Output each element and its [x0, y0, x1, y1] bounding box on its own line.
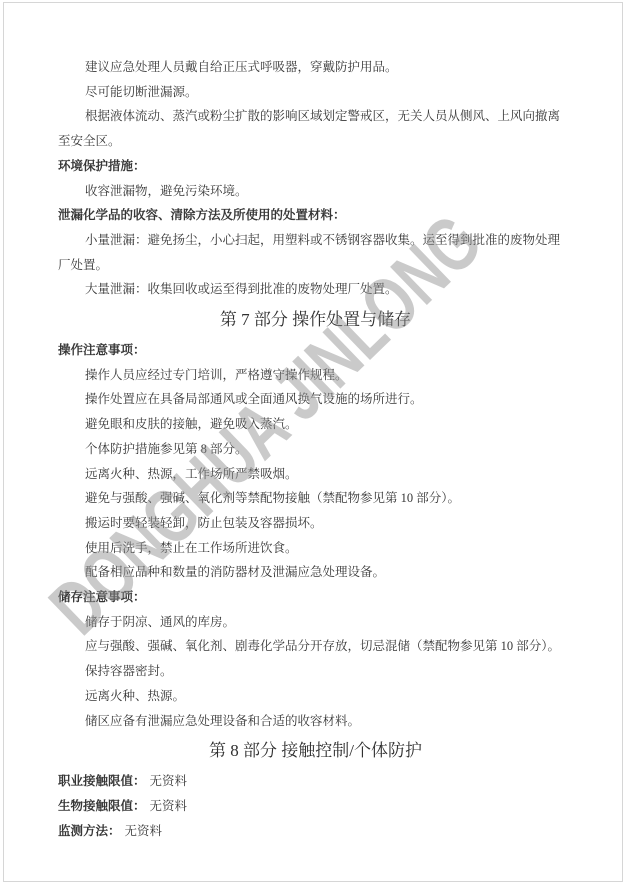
doc-line: 操作人员应经过专门培训，严格遵守操作规程。 [58, 363, 573, 388]
doc-line: 泄漏化学品的收容、清除方法及所使用的处置材料： [58, 203, 573, 228]
doc-line: 环境保护措施： [58, 154, 573, 179]
field-label: 职业接触限值： [58, 774, 146, 788]
doc-line: 操作处置应在具备局部通风或全面通风换气设施的场所进行。 [58, 387, 573, 412]
doc-line: 搬运时要轻装轻卸，防止包装及容器损坏。 [58, 511, 573, 536]
doc-line: 避免与强酸、强碱、氧化剂等禁配物接触（禁配物参见第 10 部分）。 [58, 486, 573, 511]
doc-line: 使用后洗手，禁止在工作场所进饮食。 [58, 536, 573, 561]
doc-line: 小量泄漏：避免扬尘，小心扫起，用塑料或不锈钢容器收集。运至得到批准的废物处理 [58, 228, 573, 253]
section-header: 第 7 部分 操作处置与储存 [58, 305, 573, 335]
doc-line: 远离火种、热源。 [58, 684, 573, 709]
doc-line: 储存注意事项： [58, 585, 573, 610]
doc-line: 个体防护措施参见第 8 部分。 [58, 437, 573, 462]
field-row: 生物接触限值：无资料 [58, 794, 573, 819]
doc-line: 应与强酸、强碱、氧化剂、剧毒化学品分开存放，切忌混储（禁配物参见第 10 部分）… [58, 634, 573, 659]
doc-line: 收容泄漏物，避免污染环境。 [58, 179, 573, 204]
doc-line: 操作注意事项： [58, 338, 573, 363]
field-value: 无资料 [125, 824, 163, 838]
document-page: 建议应急处理人员戴自给正压式呼吸器，穿戴防护用品。尽可能切断泄漏源。根据液体流动… [3, 2, 623, 882]
field-label: 监测方法： [58, 824, 121, 838]
doc-line: 根据液体流动、蒸汽或粉尘扩散的影响区域划定警戒区，无关人员从侧风、上风向撤离 [58, 104, 573, 129]
doc-line: 尽可能切断泄漏源。 [58, 80, 573, 105]
doc-line: 厂处置。 [58, 253, 573, 278]
field-label: 生物接触限值： [58, 799, 146, 813]
field-value: 无资料 [150, 774, 188, 788]
field-value: 无资料 [150, 799, 188, 813]
doc-line: 避免眼和皮肤的接触，避免吸入蒸汽。 [58, 412, 573, 437]
doc-line: 储存于阴凉、通风的库房。 [58, 610, 573, 635]
doc-line: 保持容器密封。 [58, 659, 573, 684]
doc-line: 建议应急处理人员戴自给正压式呼吸器，穿戴防护用品。 [58, 55, 573, 80]
doc-line: 配备相应品种和数量的消防器材及泄漏应急处理设备。 [58, 560, 573, 585]
document-body: 建议应急处理人员戴自给正压式呼吸器，穿戴防护用品。尽可能切断泄漏源。根据液体流动… [58, 55, 573, 843]
doc-line: 储区应备有泄漏应急处理设备和合适的收容材料。 [58, 709, 573, 734]
doc-line: 至安全区。 [58, 129, 573, 154]
field-row: 职业接触限值：无资料 [58, 769, 573, 794]
section-header: 第 8 部分 接触控制/个体防护 [58, 736, 573, 766]
field-row: 监测方法：无资料 [58, 819, 573, 844]
doc-line: 大量泄漏：收集回收或运至得到批准的废物处理厂处置。 [58, 277, 573, 302]
doc-line: 远离火种、热源，工作场所严禁吸烟。 [58, 462, 573, 487]
